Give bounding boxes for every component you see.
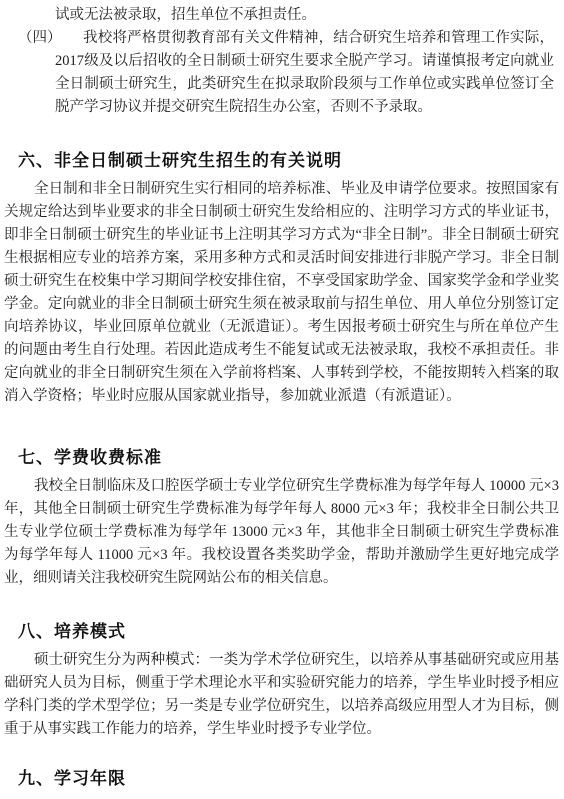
section-nonfulltime-notes: 六、非全日制硕士研究生招生的有关说明 全日制和非全日制研究生实行相同的培养标准、…: [0, 149, 564, 408]
list-item-four: （四） 我校将严格贯彻教育部有关文件精神，结合研究生培养和管理工作实际，2017…: [55, 27, 554, 119]
section-study-duration: 九、学习年限: [0, 767, 564, 791]
section-nonfulltime-notes-body: 全日制和非全日制研究生实行相同的培养标准、毕业及申请学位要求。按照国家有关规定给…: [4, 178, 559, 408]
section-training-mode-body: 硕士研究生分为两种模式：一类为学术学位研究生，以培养从事基础研究或应用基础研究人…: [4, 649, 559, 741]
list-item-four-text: 我校将严格贯彻教育部有关文件精神，结合研究生培养和管理工作实际，2017级及以后…: [55, 27, 554, 119]
section-tuition-standards: 七、学费收费标准 我校全日制临床及口腔医学硕士专业学位研究生学费标准为每学年每人…: [0, 446, 564, 590]
section-training-mode: 八、培养模式 硕士研究生分为两种模式：一类为学术学位研究生，以培养从事基础研究或…: [0, 620, 564, 741]
section-tuition-standards-heading: 七、学费收费标准: [18, 446, 564, 470]
document-page: 试或无法被录取，招生单位不承担责任。 （四） 我校将严格贯彻教育部有关文件精神，…: [0, 0, 564, 799]
section-study-duration-heading: 九、学习年限: [18, 767, 564, 791]
section-training-mode-heading: 八、培养模式: [18, 620, 564, 644]
list-item-four-label: （四）: [18, 27, 62, 50]
section-nonfulltime-notes-heading: 六、非全日制硕士研究生招生的有关说明: [18, 149, 564, 173]
section-tuition-standards-body: 我校全日制临床及口腔医学硕士专业学位研究生学费标准为每学年每人 10000 元×…: [4, 475, 559, 590]
previous-item-continuation-text: 试或无法被录取，招生单位不承担责任。: [55, 4, 554, 27]
